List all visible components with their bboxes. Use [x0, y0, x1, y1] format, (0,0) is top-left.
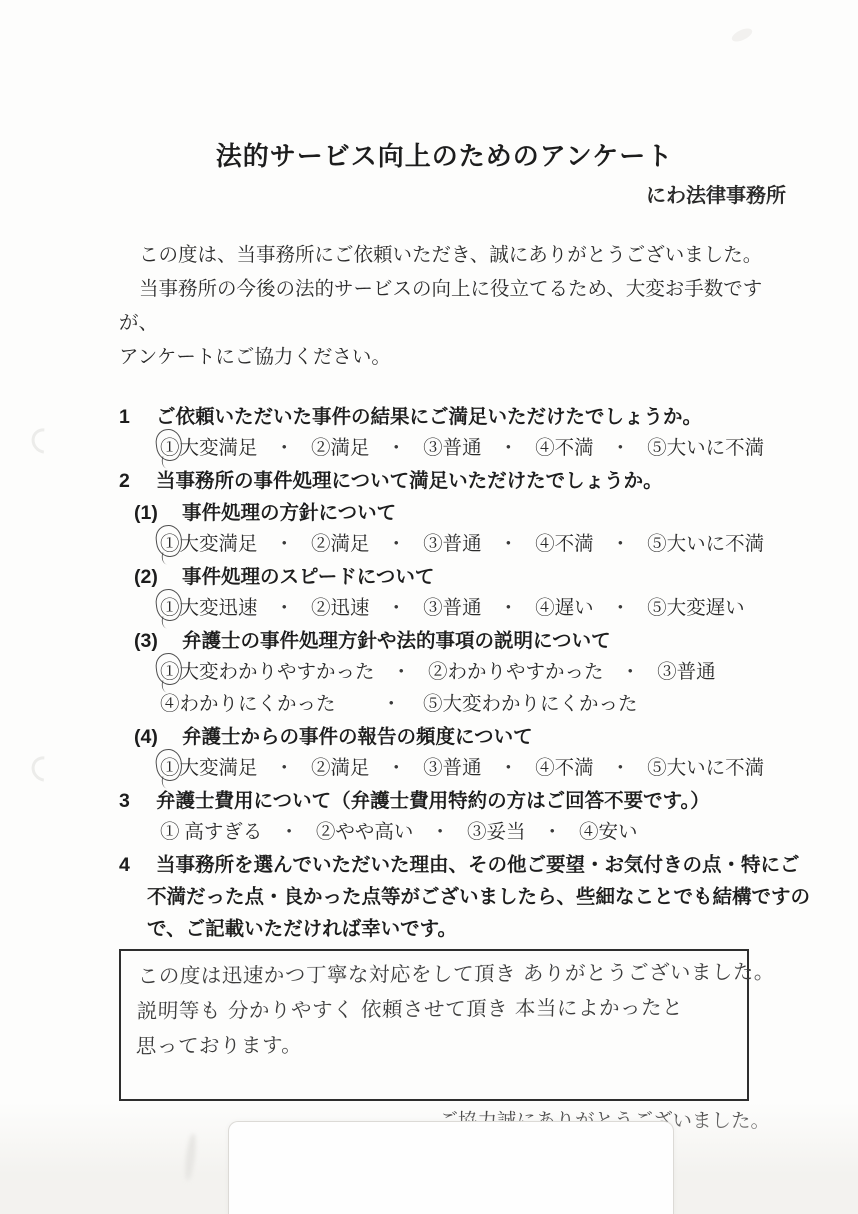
q3-option-2: ②やや高い	[316, 817, 414, 849]
handwritten-response: この度は迅速かつ丁寧な対応をして頂き ありがとうございました。 説明等も 分かり…	[119, 949, 748, 1064]
punch-hole-mark-bottom	[26, 751, 61, 786]
question-1-options: ①大変満足・②満足・③普通・④不満・⑤大いに不満	[119, 433, 770, 465]
separator-dot: ・	[279, 817, 299, 849]
question-4-line-1: 4当事務所を選んでいただいた理由、その他ご要望・お気付きの点・特にご	[119, 849, 770, 881]
q2-2-option-1: ①大変迅速	[160, 593, 258, 625]
scanned-survey-page: 法的サービス向上のためのアンケート にわ法律事務所 この度は、当事務所にご依頼い…	[0, 0, 858, 1214]
q2-1-option-1: ①大変満足	[160, 529, 258, 561]
separator-dot: ・	[499, 593, 519, 625]
q3-option-1: ① 高すぎる	[160, 817, 262, 849]
attached-paper-edge	[228, 1121, 674, 1214]
question-2-2-header: (2)事件処理のスピードについて	[119, 561, 770, 593]
separator-dot: ・	[387, 529, 407, 561]
intro-line-2: 当事務所の今後の法的サービスの向上に役立てるため、大変お手数ですが、	[119, 273, 770, 341]
question-2-number: 2	[119, 465, 156, 497]
separator-dot: ・	[499, 529, 519, 561]
page-title: 法的サービス向上のためのアンケート	[119, 141, 770, 171]
intro-line-3: アンケートにご協力ください。	[119, 341, 770, 375]
separator-dot: ・	[275, 753, 295, 785]
question-1-number: 1	[119, 401, 156, 433]
question-2-3-text: 弁護士の事件処理方針や法的事項の説明について	[182, 630, 611, 652]
question-2-4-text: 弁護士からの事件の報告の頻度について	[182, 726, 533, 748]
scan-smudge-mark	[183, 1133, 198, 1182]
separator-dot: ・	[275, 529, 295, 561]
question-2-1-text: 事件処理の方針について	[182, 502, 396, 524]
question-4-line-2: 不満だった点・良かった点等がございましたら、些細なことでも結構ですの	[119, 881, 770, 913]
separator-dot: ・	[621, 657, 641, 689]
q2-1-option-3: ③普通	[423, 529, 482, 561]
q1-option-2: ②満足	[311, 433, 370, 465]
separator-dot: ・	[542, 817, 562, 849]
question-4-number: 4	[119, 849, 156, 881]
q2-4-option-4: ④不満	[535, 753, 594, 785]
question-2-3-number: (3)	[134, 625, 182, 657]
handwritten-line-3: 思っております。	[135, 1025, 734, 1064]
question-2-header: 2当事務所の事件処理について満足いただけたでしょうか。	[119, 465, 770, 497]
intro-paragraph: この度は、当事務所にご依頼いただき、誠にありがとうございました。 当事務所の今後…	[119, 239, 770, 375]
question-1-header: 1ご依頼いただいた事件の結果にご満足いただけたでしょうか。	[119, 401, 770, 433]
question-2-text: 当事務所の事件処理について満足いただけたでしょうか。	[156, 470, 663, 492]
question-2-3-options-line-1: ①大変わかりやすかった・②わかりやすかった・③普通	[119, 657, 770, 689]
separator-dot: ・	[275, 433, 295, 465]
question-3-number: 3	[119, 785, 156, 817]
question-2-2-text: 事件処理のスピードについて	[182, 566, 434, 588]
question-2-4-number: (4)	[134, 721, 182, 753]
question-2-1-header: (1)事件処理の方針について	[119, 497, 770, 529]
intro-line-1: この度は、当事務所にご依頼いただき、誠にありがとうございました。	[119, 239, 770, 273]
q2-1-option-2: ②満足	[311, 529, 370, 561]
q2-2-option-5: ⑤大変遅い	[647, 593, 745, 625]
separator-dot: ・	[275, 593, 295, 625]
handwritten-line-1: この度は迅速かつ丁寧な対応をして頂き ありがとうございました。	[137, 955, 736, 994]
document-content: 法的サービス向上のためのアンケート にわ法律事務所 この度は、当事務所にご依頼い…	[119, 0, 770, 1133]
separator-dot: ・	[387, 593, 407, 625]
question-2-1-number: (1)	[134, 497, 182, 529]
free-response-box: この度は迅速かつ丁寧な対応をして頂き ありがとうございました。 説明等も 分かり…	[119, 949, 749, 1101]
question-2-3-header: (3)弁護士の事件処理方針や法的事項の説明について	[119, 625, 770, 657]
separator-dot: ・	[387, 753, 407, 785]
question-3-options: ① 高すぎる・②やや高い・③妥当・④安い	[119, 817, 770, 849]
separator-dot: ・	[611, 433, 631, 465]
question-2-3-options-line-2: ④わかりにくかった・⑤大変わかりにくかった	[119, 689, 770, 721]
q1-option-4: ④不満	[535, 433, 594, 465]
q2-4-option-5: ⑤大いに不満	[647, 753, 764, 785]
q2-3-option-4: ④わかりにくかった	[160, 689, 336, 721]
question-4-line-3: で、ご記載いただければ幸いです。	[119, 913, 770, 945]
q1-option-1: ①大変満足	[160, 433, 258, 465]
handwritten-line-2: 説明等も 分かりやすく 依頼させて頂き 本当によかったと	[136, 990, 735, 1029]
question-4-text-1: 当事務所を選んでいただいた理由、その他ご要望・お気付きの点・特にご	[156, 854, 800, 876]
q2-3-option-1: ①大変わかりやすかった	[160, 657, 375, 689]
separator-dot: ・	[430, 817, 450, 849]
separator-dot: ・	[382, 689, 402, 721]
q2-3-option-5: ⑤大変わかりにくかった	[423, 689, 638, 721]
q2-2-option-4: ④遅い	[535, 593, 594, 625]
question-1-text: ご依頼いただいた事件の結果にご満足いただけたでしょうか。	[156, 406, 702, 428]
q1-option-3: ③普通	[423, 433, 482, 465]
q2-3-option-3: ③普通	[657, 657, 716, 689]
q2-3-option-2: ②わかりやすかった	[428, 657, 604, 689]
punch-hole-mark-top	[26, 423, 61, 458]
question-2-4-options: ①大変満足・②満足・③普通・④不満・⑤大いに不満	[119, 753, 770, 785]
q2-2-option-2: ②迅速	[311, 593, 370, 625]
q2-4-option-1: ①大変満足	[160, 753, 258, 785]
question-3-text: 弁護士費用について（弁護士費用特約の方はご回答不要です。）	[156, 790, 710, 812]
q3-option-4: ④安い	[579, 817, 638, 849]
q1-option-5: ⑤大いに不満	[647, 433, 764, 465]
question-2-2-number: (2)	[134, 561, 182, 593]
separator-dot: ・	[392, 657, 412, 689]
q2-4-option-2: ②満足	[311, 753, 370, 785]
q2-1-option-5: ⑤大いに不満	[647, 529, 764, 561]
separator-dot: ・	[611, 753, 631, 785]
question-3-header: 3弁護士費用について（弁護士費用特約の方はご回答不要です。）	[119, 785, 770, 817]
question-2-2-options: ①大変迅速・②迅速・③普通・④遅い・⑤大変遅い	[119, 593, 770, 625]
separator-dot: ・	[611, 593, 631, 625]
separator-dot: ・	[387, 433, 407, 465]
q2-2-option-3: ③普通	[423, 593, 482, 625]
q2-4-option-3: ③普通	[423, 753, 482, 785]
q2-1-option-4: ④不満	[535, 529, 594, 561]
separator-dot: ・	[611, 529, 631, 561]
question-2-1-options: ①大変満足・②満足・③普通・④不満・⑤大いに不満	[119, 529, 770, 561]
separator-dot: ・	[499, 753, 519, 785]
q3-option-3: ③妥当	[467, 817, 526, 849]
question-2-4-header: (4)弁護士からの事件の報告の頻度について	[119, 721, 770, 753]
organization-name: にわ法律事務所	[119, 185, 786, 207]
separator-dot: ・	[499, 433, 519, 465]
